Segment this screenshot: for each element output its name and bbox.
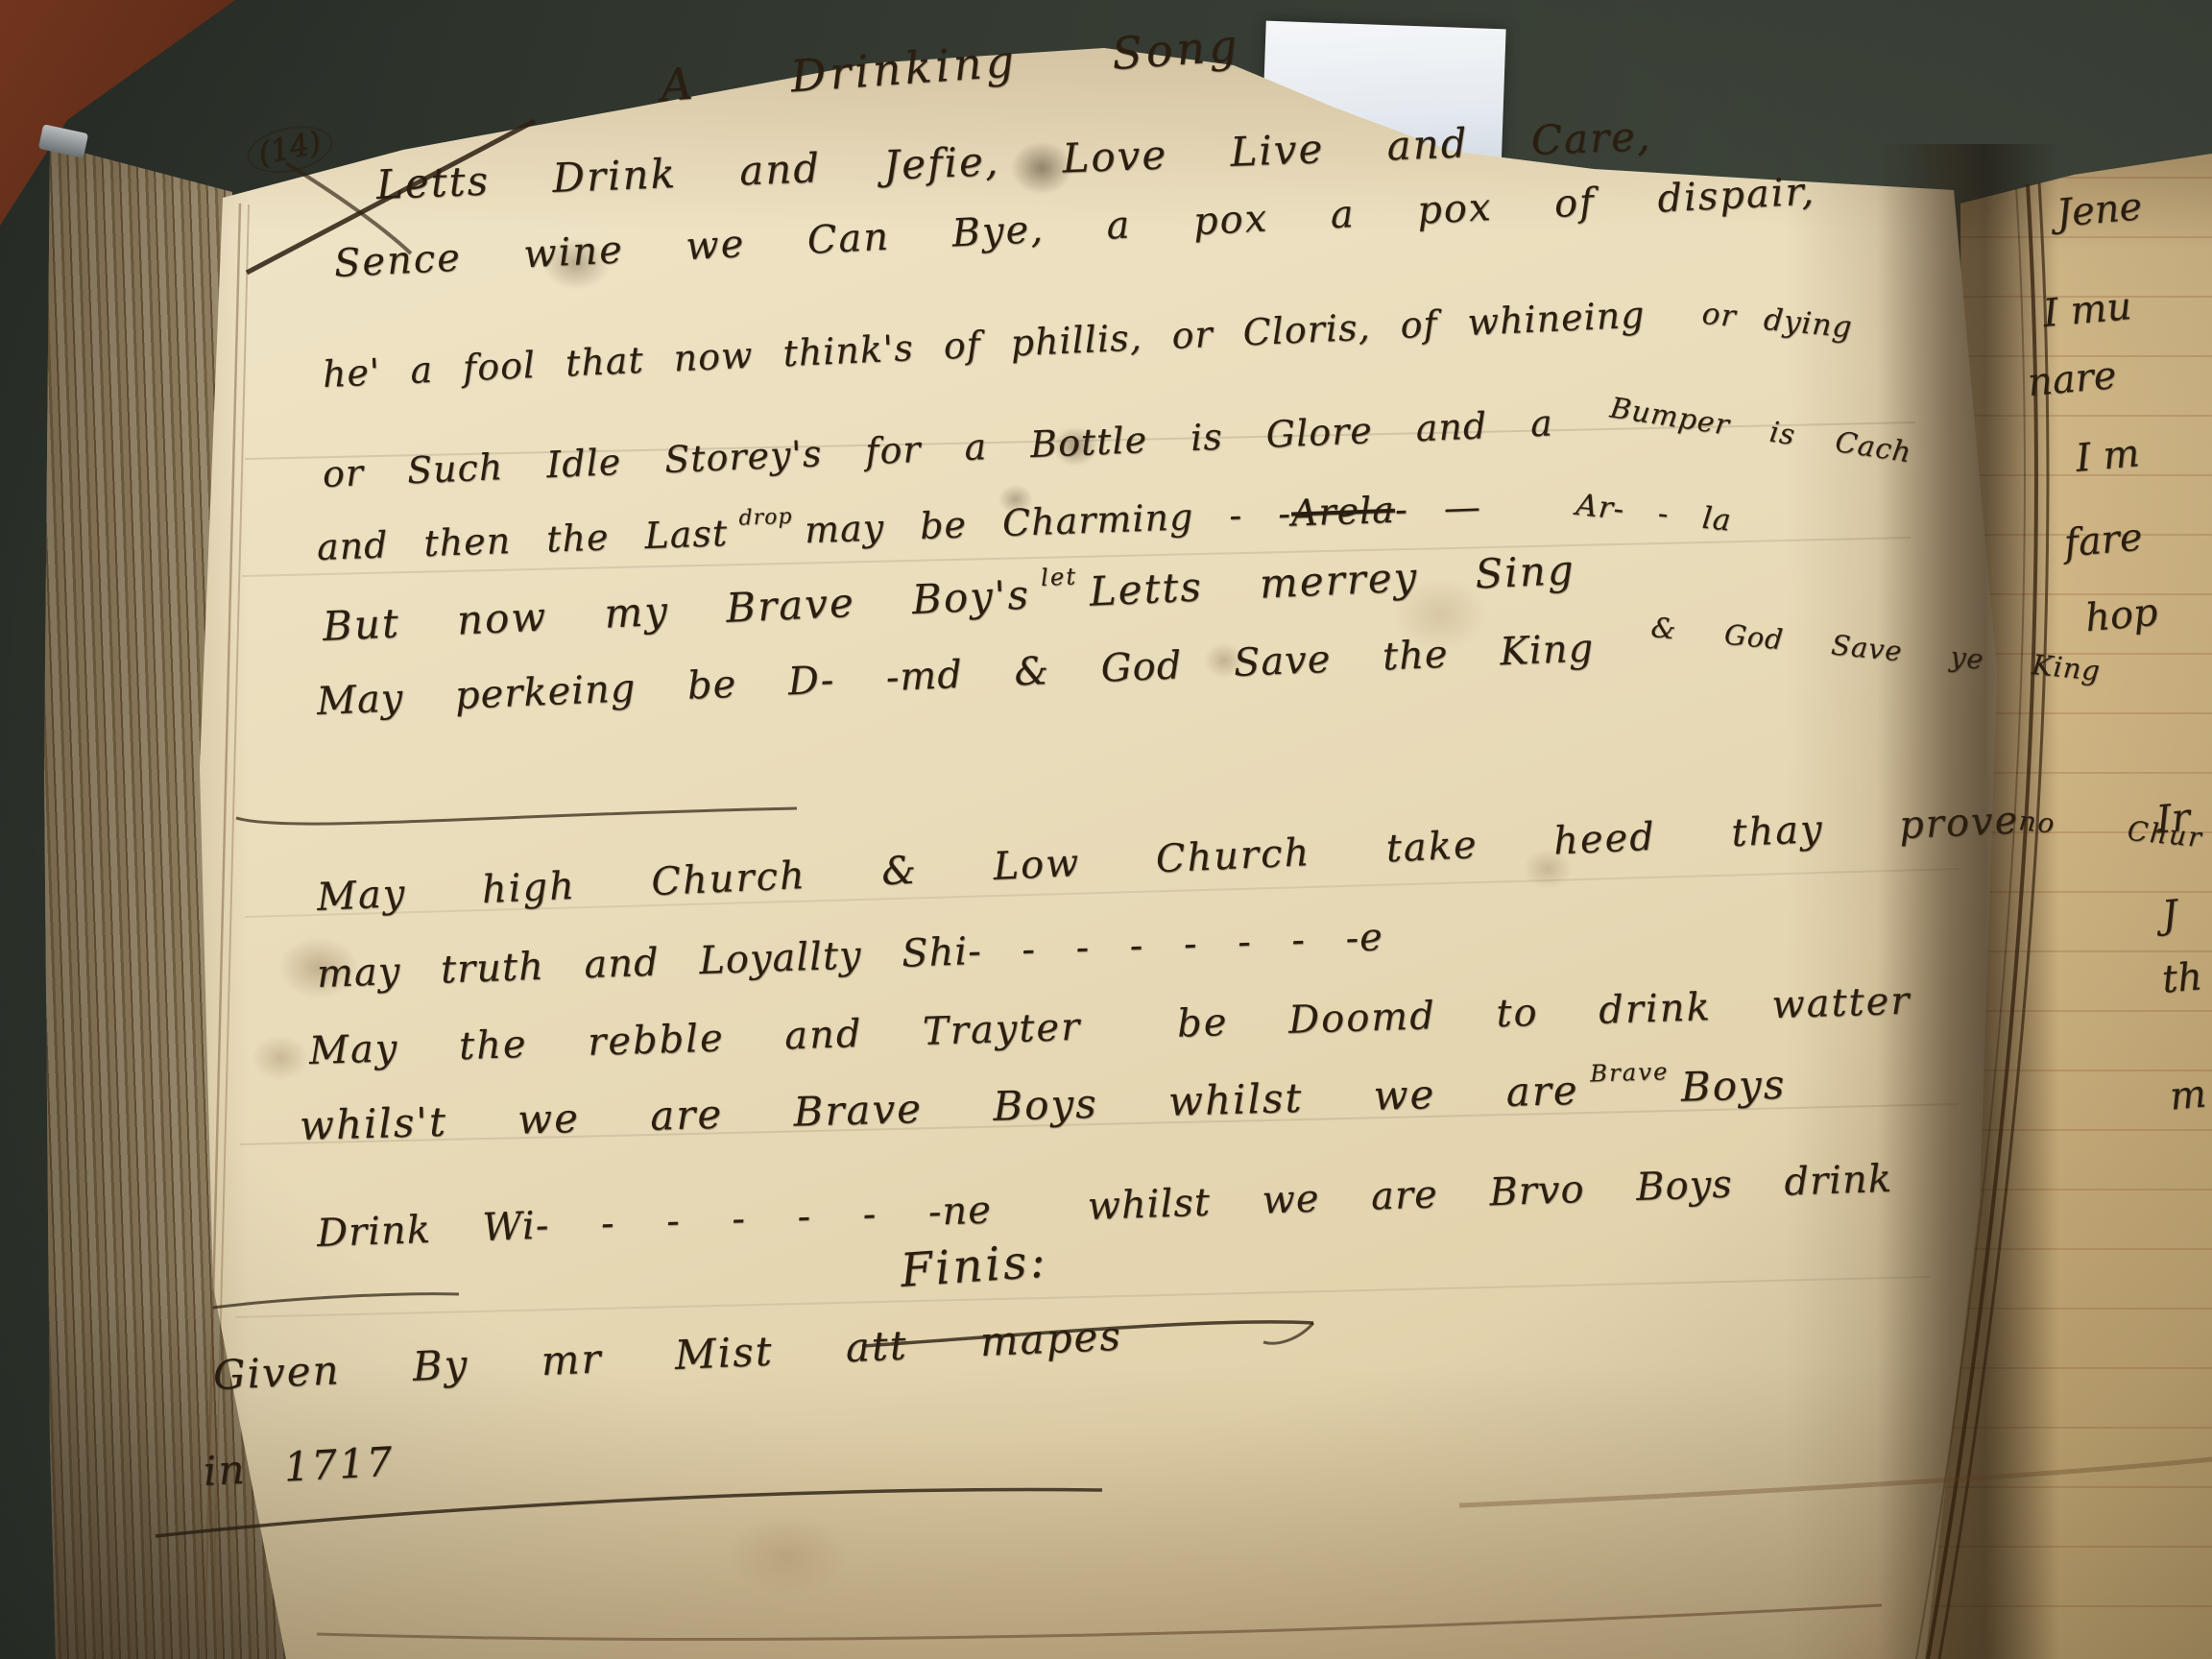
verse1-line6-insertion: let (1040, 562, 1077, 591)
verse2-line4-p2: Boys (1680, 1061, 1787, 1111)
right-page-fragment: Jene (2055, 184, 2144, 236)
verse1-line5-p3: - — (1394, 486, 1481, 531)
right-page-fragment: fare (2062, 516, 2144, 566)
right-page-fragment: hop (2083, 590, 2159, 640)
page-number: (14) (243, 119, 336, 180)
verse2-line4-insertion: Brave (1590, 1057, 1670, 1087)
verse1-line5-struck-word: Arela (1290, 489, 1395, 535)
attribution-line2: in 1717 (203, 1438, 396, 1495)
right-page-fragment: Ir (2154, 796, 2192, 843)
right-page-fragment: m (2168, 1071, 2208, 1118)
finis-label: Finis: (899, 1234, 1049, 1298)
right-page-fragment: I m (2074, 431, 2141, 481)
right-page-fragment: th (2160, 954, 2204, 1001)
verse1-line5-insertion: drop (738, 505, 793, 531)
manuscript-photo: (14) A Drinking Song Letts Drink and Jef… (0, 0, 2212, 1659)
right-page-fragment: I mu (2041, 284, 2133, 336)
right-page-fragment: nare (2026, 353, 2118, 405)
